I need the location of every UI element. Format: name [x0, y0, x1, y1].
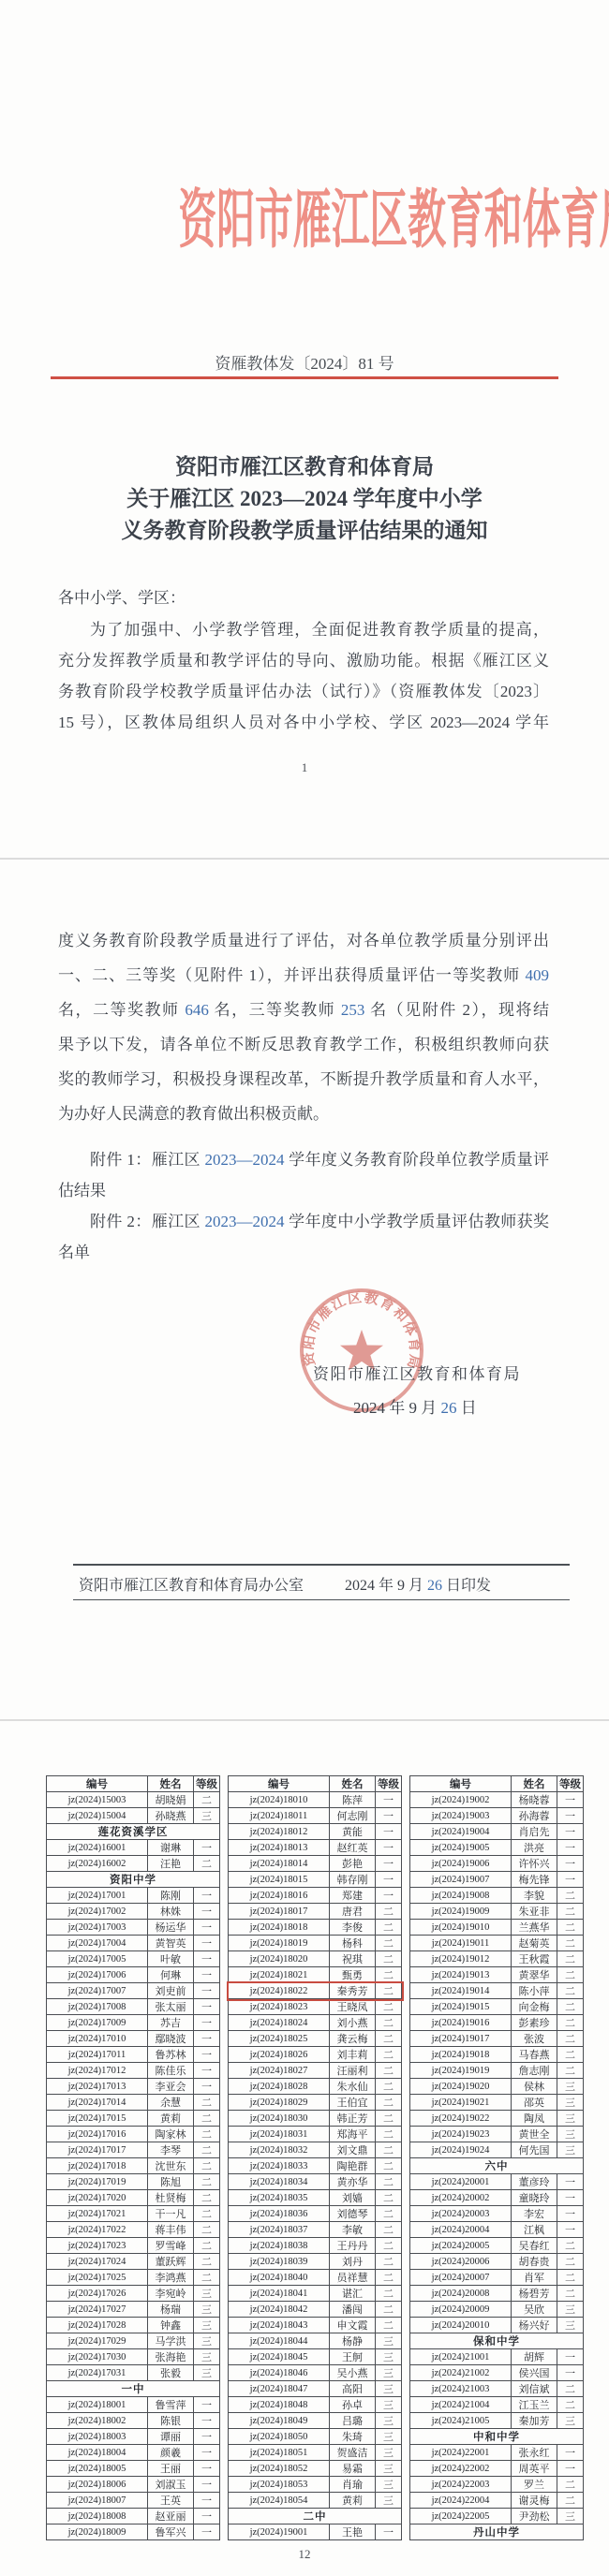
teacher-id-cell: jz(2024)18040 — [229, 2270, 330, 2286]
teacher-id-cell: jz(2024)15004 — [47, 1808, 148, 1824]
teacher-name-cell: 彭艳 — [330, 1856, 376, 1872]
teacher-id-cell: jz(2024)17010 — [47, 2031, 148, 2047]
teacher-row: jz(2024)16002汪艳二 — [47, 1856, 220, 1872]
teacher-id-cell: jz(2024)19003 — [410, 1808, 512, 1824]
text-segment: 名，三等奖教师 — [209, 1001, 341, 1019]
teacher-name-cell: 黄翠华 — [512, 1967, 557, 1983]
teacher-id-cell: jz(2024)18053 — [229, 2477, 330, 2493]
teacher-row: jz(2024)18003谭丽一 — [47, 2429, 220, 2445]
text-segment: 26 — [427, 1578, 442, 1594]
text-segment: 409 — [526, 966, 550, 984]
teacher-grade-cell: 一 — [194, 1904, 220, 1920]
teacher-row: jz(2024)18050朱琦三 — [229, 2429, 402, 2445]
teacher-row: jz(2024)18010陈萍一 — [229, 1792, 402, 1808]
award-table-group: 编号姓名等级jz(2024)19002杨晓蓉一jz(2024)19003孙海蓉一… — [409, 1775, 584, 2540]
teacher-name-cell: 陈银 — [148, 2413, 194, 2429]
document-line: 为了加强中、小学教学管理，全面促进教育教学质量的提高， — [58, 614, 549, 645]
award-table: 编号姓名等级jz(2024)15003胡晓娟二jz(2024)15004孙晓燕三… — [46, 1775, 584, 2540]
teacher-name-cell: 何先国 — [512, 2142, 557, 2158]
page1-number: 1 — [0, 760, 609, 775]
teacher-name-cell: 马学洪 — [148, 2333, 194, 2349]
teacher-row: jz(2024)19004肖启先一 — [410, 1824, 584, 1840]
teacher-row: jz(2024)18012黄能一 — [229, 1824, 402, 1840]
issue-date: 2024 年 9 月 26 日 — [353, 1394, 477, 1418]
teacher-row: jz(2024)17015黄莉二 — [47, 2111, 220, 2127]
teacher-id-cell: jz(2024)17011 — [47, 2047, 148, 2063]
teacher-name-cell: 郑海平 — [330, 2127, 376, 2142]
teacher-name-cell: 林姝 — [148, 1904, 194, 1920]
teacher-row: jz(2024)20009吴欣三 — [410, 2302, 584, 2318]
teacher-name-cell: 鲁雪萍 — [148, 2397, 194, 2413]
teacher-id-cell: jz(2024)17026 — [47, 2286, 148, 2302]
page2-paragraph: 度义务教育阶段教学质量进行了评估，对各单位教学质量分别评出一、二、三等奖（见附件… — [58, 923, 549, 1131]
teacher-row: jz(2024)19015向金梅二 — [410, 1999, 584, 2015]
teacher-name-cell: 陶凤 — [512, 2111, 557, 2127]
teacher-grade-cell: 一 — [194, 1967, 220, 1983]
teacher-grade-cell: 一 — [194, 2397, 220, 2413]
teacher-name-cell: 向金梅 — [512, 1999, 557, 2015]
teacher-grade-cell: 三 — [194, 1808, 220, 1824]
school-section-row: 丹山中学 — [410, 2524, 584, 2540]
teacher-id-cell: jz(2024)22005 — [410, 2509, 512, 2524]
text-segment: 日印发 — [442, 1578, 491, 1594]
school-name: 中和中学 — [410, 2429, 584, 2445]
teacher-id-cell: jz(2024)18014 — [229, 1856, 330, 1872]
teacher-grade-cell: 一 — [376, 1888, 402, 1904]
column-header: 等级 — [194, 1776, 220, 1792]
page1-paragraph: 为了加强中、小学教学管理，全面促进教育教学质量的提高，充分发挥教学质量和教学评估… — [58, 614, 549, 738]
teacher-grade-cell: 二 — [194, 2190, 220, 2206]
document-line: 果予以下发，请各单位不断反思教育教学工作，积极组织教师向获 — [58, 1027, 549, 1062]
teacher-name-cell: 杨瑞 — [148, 2302, 194, 2318]
teacher-name-cell: 朱琦 — [330, 2429, 376, 2445]
text-segment: 日 — [457, 1399, 477, 1417]
teacher-row: jz(2024)17030张海艳三 — [47, 2349, 220, 2365]
teacher-id-cell: jz(2024)19020 — [410, 2079, 512, 2095]
teacher-grade-cell: 二 — [376, 2142, 402, 2158]
teacher-name-cell: 黄莉 — [330, 2493, 376, 2509]
teacher-row: jz(2024)17007刘吏前一 — [47, 1983, 220, 1999]
teacher-row: jz(2024)19002杨晓蓉一 — [410, 1792, 584, 1808]
teacher-name-cell: 侯林 — [512, 2079, 557, 2095]
teacher-id-cell: jz(2024)17016 — [47, 2127, 148, 2142]
teacher-id-cell: jz(2024)20007 — [410, 2270, 512, 2286]
teacher-name-cell: 江枫 — [512, 2222, 557, 2238]
teacher-grade-cell: 一 — [376, 2524, 402, 2540]
teacher-grade-cell: 一 — [557, 1840, 584, 1856]
teacher-row: jz(2024)19020侯林三 — [410, 2079, 584, 2095]
teacher-row: jz(2024)17003杨运华一 — [47, 1920, 220, 1936]
teacher-name-cell: 李亚会 — [148, 2079, 194, 2095]
teacher-id-cell: jz(2024)19002 — [410, 1792, 512, 1808]
teacher-name-cell: 杜贤梅 — [148, 2190, 194, 2206]
teacher-id-cell: jz(2024)19004 — [410, 1824, 512, 1840]
school-name: 二中 — [229, 2509, 402, 2524]
teacher-name-cell: 孙卓 — [330, 2397, 376, 2413]
text-segment: 名（见附件 2），现将结 — [364, 1001, 549, 1019]
teacher-row: jz(2024)19003孙海蓉一 — [410, 1808, 584, 1824]
teacher-name-cell: 杨科 — [330, 1936, 376, 1951]
teacher-id-cell: jz(2024)19011 — [410, 1936, 512, 1951]
teacher-grade-cell: 二 — [557, 1999, 584, 2015]
teacher-id-cell: jz(2024)18044 — [229, 2333, 330, 2349]
teacher-grade-cell: 一 — [194, 2079, 220, 2095]
teacher-name-cell: 陈佳乐 — [148, 2063, 194, 2079]
teacher-name-cell: 高阳 — [330, 2381, 376, 2397]
teacher-grade-cell: 一 — [557, 1856, 584, 1872]
teacher-name-cell: 詹志刚 — [512, 2063, 557, 2079]
teacher-id-cell: jz(2024)17028 — [47, 2318, 148, 2333]
teacher-grade-cell: 二 — [376, 2015, 402, 2031]
teacher-id-cell: jz(2024)18050 — [229, 2429, 330, 2445]
teacher-row: jz(2024)17025李鸿燕二 — [47, 2270, 220, 2286]
teacher-row: jz(2024)18015韩存刚一 — [229, 1872, 402, 1888]
teacher-id-cell: jz(2024)20001 — [410, 2174, 512, 2190]
teacher-id-cell: jz(2024)18002 — [47, 2413, 148, 2429]
teacher-name-cell: 陈萍 — [330, 1792, 376, 1808]
teacher-id-cell: jz(2024)18020 — [229, 1951, 330, 1967]
teacher-id-cell: jz(2024)20009 — [410, 2302, 512, 2318]
column-header: 编号 — [47, 1776, 148, 1792]
teacher-name-cell: 刘小燕 — [330, 2015, 376, 2031]
teacher-name-cell: 鲁苏林 — [148, 2047, 194, 2063]
teacher-grade-cell: 二 — [557, 2031, 584, 2047]
teacher-grade-cell: 三 — [376, 2381, 402, 2397]
teacher-grade-cell: 三 — [557, 2302, 584, 2318]
teacher-row: jz(2024)18009鲁军兴一 — [47, 2524, 220, 2540]
teacher-name-cell: 刘德琴 — [330, 2206, 376, 2222]
teacher-row: jz(2024)18031郑海平二 — [229, 2127, 402, 2142]
teacher-grade-cell: 一 — [557, 1792, 584, 1808]
teacher-grade-cell: 三 — [376, 2493, 402, 2509]
teacher-name-cell: 董跃辉 — [148, 2254, 194, 2270]
teacher-name-cell: 李敏 — [330, 2222, 376, 2238]
teacher-id-cell: jz(2024)19010 — [410, 1920, 512, 1936]
teacher-row: jz(2024)17022蒋丰伟二 — [47, 2222, 220, 2238]
teacher-row: jz(2024)20001董彦玲一 — [410, 2174, 584, 2190]
teacher-id-cell: jz(2024)18038 — [229, 2238, 330, 2254]
teacher-row: jz(2024)18053肖瑜三 — [229, 2477, 402, 2493]
teacher-id-cell: jz(2024)17006 — [47, 1967, 148, 1983]
teacher-id-cell: jz(2024)20004 — [410, 2222, 512, 2238]
teacher-id-cell: jz(2024)17024 — [47, 2254, 148, 2270]
teacher-id-cell: jz(2024)20002 — [410, 2190, 512, 2206]
teacher-grade-cell: 二 — [376, 2318, 402, 2333]
teacher-grade-cell: 三 — [194, 2286, 220, 2302]
teacher-row: jz(2024)18005王丽一 — [47, 2461, 220, 2477]
teacher-grade-cell: 二 — [376, 2047, 402, 2063]
document-line: 为办好人民满意的教育做出积极贡献。 — [58, 1097, 549, 1131]
teacher-id-cell: jz(2024)22004 — [410, 2493, 512, 2509]
teacher-row: jz(2024)15003胡晓娟二 — [47, 1792, 220, 1808]
teacher-id-cell: jz(2024)19023 — [410, 2127, 512, 2142]
teacher-row: jz(2024)22003罗兰二 — [410, 2477, 584, 2493]
teacher-name-cell: 邵英 — [512, 2095, 557, 2111]
teacher-row: jz(2024)20005吴春红二 — [410, 2238, 584, 2254]
teacher-grade-cell: 二 — [557, 2270, 584, 2286]
document-title: 资阳市雁江区教育和体育局关于雁江区 2023—2024 学年度中小学义务教育阶段… — [0, 451, 609, 547]
teacher-row: jz(2024)17020杜贤梅二 — [47, 2190, 220, 2206]
teacher-id-cell: jz(2024)21002 — [410, 2365, 512, 2381]
teacher-grade-cell: 一 — [194, 2413, 220, 2429]
teacher-id-cell: jz(2024)17025 — [47, 2270, 148, 2286]
teacher-name-cell: 黄智英 — [148, 1936, 194, 1951]
teacher-id-cell: jz(2024)17007 — [47, 1983, 148, 1999]
teacher-grade-cell: 一 — [557, 2222, 584, 2238]
teacher-row: jz(2024)19005洪亮一 — [410, 1840, 584, 1856]
teacher-id-cell: jz(2024)18048 — [229, 2397, 330, 2413]
teacher-id-cell: jz(2024)17014 — [47, 2095, 148, 2111]
red-letterhead-banner: 资阳市雁江区教育和体育局文件 — [0, 185, 609, 256]
teacher-row: jz(2024)17024董跃辉二 — [47, 2254, 220, 2270]
teacher-row: jz(2024)18001鲁雪萍一 — [47, 2397, 220, 2413]
teacher-name-cell: 杨晓蓉 — [512, 1792, 557, 1808]
text-segment: 学年度义务教育阶段单位教学质量评 — [285, 1151, 550, 1169]
teacher-grade-cell: 三 — [557, 2413, 584, 2429]
school-name: 莲花资溪学区 — [47, 1824, 220, 1840]
teacher-row: jz(2024)18051贺盛洁三 — [229, 2445, 402, 2461]
teacher-row: jz(2024)18040员祥慧二 — [229, 2270, 402, 2286]
teacher-id-cell: jz(2024)19018 — [410, 2047, 512, 2063]
teacher-grade-cell: 二 — [194, 2238, 220, 2254]
teacher-grade-cell: 二 — [557, 1967, 584, 1983]
teacher-name-cell: 祝琪 — [330, 1951, 376, 1967]
teacher-row: jz(2024)18036刘德琴二 — [229, 2206, 402, 2222]
teacher-grade-cell: 一 — [557, 2461, 584, 2477]
teacher-grade-cell: 二 — [557, 2047, 584, 2063]
teacher-id-cell: jz(2024)17002 — [47, 1904, 148, 1920]
teacher-name-cell: 王丽 — [148, 2461, 194, 2477]
teacher-row: jz(2024)20008杨碧芳二 — [410, 2286, 584, 2302]
teacher-row: jz(2024)20010杨兴好三 — [410, 2318, 584, 2333]
text-segment: 名，二等奖教师 — [58, 1001, 185, 1019]
teacher-row: jz(2024)18033陶艳群二 — [229, 2158, 402, 2174]
teacher-id-cell: jz(2024)18035 — [229, 2190, 330, 2206]
teacher-row: jz(2024)19021邵英三 — [410, 2095, 584, 2111]
teacher-row: jz(2024)16001谢琳一 — [47, 1840, 220, 1856]
teacher-grade-cell: 二 — [376, 2286, 402, 2302]
teacher-id-cell: jz(2024)16001 — [47, 1840, 148, 1856]
teacher-id-cell: jz(2024)17012 — [47, 2063, 148, 2079]
teacher-name-cell: 王丹丹 — [330, 2238, 376, 2254]
teacher-id-cell: jz(2024)17031 — [47, 2365, 148, 2381]
teacher-name-cell: 蒋丰伟 — [148, 2222, 194, 2238]
teacher-row: jz(2024)17001陈刚一 — [47, 1888, 220, 1904]
page3-number: 12 — [0, 2547, 609, 2562]
document-line: 充分发挥教学质量和教学评估的导向、激励功能。根据《雁江区义 — [58, 645, 549, 676]
letterhead-title: 资阳市雁江区教育和体育局文件 — [178, 185, 609, 256]
teacher-id-cell: jz(2024)15003 — [47, 1792, 148, 1808]
column-header: 编号 — [410, 1776, 512, 1792]
teacher-name-cell: 李俊 — [330, 1920, 376, 1936]
teacher-id-cell: jz(2024)17005 — [47, 1951, 148, 1967]
teacher-grade-cell: 二 — [376, 2111, 402, 2127]
teacher-grade-cell: 三 — [194, 2333, 220, 2349]
teacher-name-cell: 王英 — [148, 2493, 194, 2509]
school-name: 丹山中学 — [410, 2524, 584, 2540]
salutation: 各中小学、学区： — [58, 584, 186, 608]
teacher-name-cell: 吴春红 — [512, 2238, 557, 2254]
teacher-row: jz(2024)21002侯兴国一 — [410, 2365, 584, 2381]
school-section-row: 中和中学 — [410, 2429, 584, 2445]
teacher-name-cell: 罗雪峰 — [148, 2238, 194, 2254]
teacher-grade-cell: 三 — [376, 2397, 402, 2413]
teacher-name-cell: 谢灵梅 — [512, 2493, 557, 2509]
teacher-id-cell: jz(2024)19021 — [410, 2095, 512, 2111]
teacher-grade-cell: 二 — [194, 2270, 220, 2286]
teacher-id-cell: jz(2024)18025 — [229, 2031, 330, 2047]
teacher-grade-cell: 二 — [376, 2079, 402, 2095]
teacher-row: jz(2024)18047高阳三 — [229, 2381, 402, 2397]
teacher-name-cell: 余慧 — [148, 2095, 194, 2111]
teacher-row: jz(2024)17021干一凡二 — [47, 2206, 220, 2222]
teacher-row: jz(2024)18025龚云梅二 — [229, 2031, 402, 2047]
teacher-name-cell: 韩正芳 — [330, 2111, 376, 2127]
teacher-row: jz(2024)18046吴小燕三 — [229, 2365, 402, 2381]
teacher-name-cell: 朱水仙 — [330, 2079, 376, 2095]
teacher-grade-cell: 二 — [557, 2477, 584, 2493]
teacher-name-cell: 黄莉 — [148, 2111, 194, 2127]
teacher-name-cell: 唐君 — [330, 1904, 376, 1920]
teacher-name-cell: 张波 — [512, 2031, 557, 2047]
teacher-id-cell: jz(2024)17004 — [47, 1936, 148, 1951]
teacher-id-cell: jz(2024)18029 — [229, 2095, 330, 2111]
teacher-id-cell: jz(2024)19006 — [410, 1856, 512, 1872]
teacher-grade-cell: 二 — [557, 2063, 584, 2079]
teacher-grade-cell: 一 — [194, 2047, 220, 2063]
column-header: 等级 — [376, 1776, 402, 1792]
teacher-grade-cell: 一 — [194, 2461, 220, 2477]
teacher-grade-cell: 一 — [194, 2445, 220, 2461]
teacher-row: jz(2024)19024何先国三 — [410, 2142, 584, 2158]
teacher-row: jz(2024)21001胡辉一 — [410, 2349, 584, 2365]
teacher-grade-cell: 二 — [194, 1792, 220, 1808]
teacher-grade-cell: 三 — [376, 2477, 402, 2493]
teacher-row: jz(2024)20006胡春贵二 — [410, 2254, 584, 2270]
teacher-name-cell: 申文霞 — [330, 2318, 376, 2333]
teacher-id-cell: jz(2024)18039 — [229, 2254, 330, 2270]
teacher-name-cell: 张海艳 — [148, 2349, 194, 2365]
teacher-name-cell: 沈世东 — [148, 2158, 194, 2174]
teacher-name-cell: 员祥慧 — [330, 2270, 376, 2286]
teacher-grade-cell: 三 — [194, 2302, 220, 2318]
teacher-id-cell: jz(2024)18018 — [229, 1920, 330, 1936]
teacher-id-cell: jz(2024)20003 — [410, 2206, 512, 2222]
text-segment: 学年度中小学教学质量评估教师获奖 — [285, 1213, 550, 1230]
teacher-grade-cell: 二 — [376, 1904, 402, 1920]
teacher-id-cell: jz(2024)17013 — [47, 2079, 148, 2095]
school-name: 资阳中学 — [47, 1872, 220, 1888]
teacher-row: jz(2024)18041谌汇二 — [229, 2286, 402, 2302]
teacher-name-cell: 杨碧芳 — [512, 2286, 557, 2302]
teacher-row: jz(2024)18004颜羲一 — [47, 2445, 220, 2461]
teacher-id-cell: jz(2024)20008 — [410, 2286, 512, 2302]
text-segment: 253 — [341, 1001, 365, 1019]
teacher-id-cell: jz(2024)18010 — [229, 1792, 330, 1808]
teacher-row: jz(2024)17023罗雪峰二 — [47, 2238, 220, 2254]
teacher-grade-cell: 一 — [194, 2031, 220, 2047]
teacher-row: jz(2024)19018马春燕二 — [410, 2047, 584, 2063]
teacher-id-cell: jz(2024)21003 — [410, 2381, 512, 2397]
teacher-row: jz(2024)18044杨静三 — [229, 2333, 402, 2349]
table-header-row: 编号姓名等级 — [410, 1776, 584, 1792]
teacher-row: jz(2024)18008赵亚丽一 — [47, 2509, 220, 2524]
teacher-row: jz(2024)18006刘淑玉一 — [47, 2477, 220, 2493]
teacher-grade-cell: 一 — [194, 1920, 220, 1936]
teacher-id-cell: jz(2024)19008 — [410, 1888, 512, 1904]
teacher-row: jz(2024)19001王艳一 — [229, 2524, 402, 2540]
teacher-name-cell: 洪亮 — [512, 1840, 557, 1856]
table-header-row: 编号姓名等级 — [229, 1776, 402, 1792]
teacher-grade-cell: 二 — [557, 1904, 584, 1920]
teacher-id-cell: jz(2024)17021 — [47, 2206, 148, 2222]
teacher-id-cell: jz(2024)17018 — [47, 2158, 148, 2174]
document-line: 务教育阶段学校教学质量评估办法（试行）》（资雁教体发〔2023〕 — [58, 676, 549, 707]
teacher-grade-cell: 三 — [194, 2365, 220, 2381]
teacher-grade-cell: 一 — [376, 1840, 402, 1856]
text-segment: 26 — [441, 1399, 457, 1417]
teacher-name-cell: 黄亦华 — [330, 2174, 376, 2190]
teacher-id-cell: jz(2024)18028 — [229, 2079, 330, 2095]
document-line: 附件 1：雁江区 2023—2024 学年度义务教育阶段单位教学质量评 — [58, 1144, 549, 1175]
teacher-grade-cell: 一 — [194, 2063, 220, 2079]
teacher-row: jz(2024)18002陈银一 — [47, 2413, 220, 2429]
teacher-row: jz(2024)17031张毅三 — [47, 2365, 220, 2381]
teacher-id-cell: jz(2024)20006 — [410, 2254, 512, 2270]
teacher-row: jz(2024)17026李宛岭三 — [47, 2286, 220, 2302]
teacher-row: jz(2024)18028朱水仙二 — [229, 2079, 402, 2095]
teacher-grade-cell: 三 — [557, 2111, 584, 2127]
teacher-row: jz(2024)18020祝琪二 — [229, 1951, 402, 1967]
teacher-grade-cell: 一 — [194, 1999, 220, 2015]
teacher-id-cell: jz(2024)17019 — [47, 2174, 148, 2190]
teacher-grade-cell: 二 — [194, 2254, 220, 2270]
teacher-row: jz(2024)18042潘闯二 — [229, 2302, 402, 2318]
teacher-id-cell: jz(2024)18037 — [229, 2222, 330, 2238]
teacher-name-cell: 李宏 — [512, 2206, 557, 2222]
teacher-name-cell: 江玉兰 — [512, 2397, 557, 2413]
teacher-name-cell: 刘文鼎 — [330, 2142, 376, 2158]
teacher-id-cell: jz(2024)21004 — [410, 2397, 512, 2413]
teacher-row: jz(2024)17016陶家林二 — [47, 2127, 220, 2142]
document-line: 奖的教师学习，积极投身课程改革，不断提升教学质量和育人水平， — [58, 1062, 549, 1097]
teacher-name-cell: 吕璐 — [330, 2413, 376, 2429]
teacher-id-cell: jz(2024)18012 — [229, 1824, 330, 1840]
award-table-group: 编号姓名等级jz(2024)15003胡晓娟二jz(2024)15004孙晓燕三… — [46, 1775, 220, 2540]
teacher-row: jz(2024)21005秦加芳三 — [410, 2413, 584, 2429]
teacher-row: jz(2024)19017张波二 — [410, 2031, 584, 2047]
teacher-row: jz(2024)19006许怀兴一 — [410, 1856, 584, 1872]
teacher-name-cell: 李貌 — [512, 1888, 557, 1904]
teacher-row: jz(2024)18024刘小燕二 — [229, 2015, 402, 2031]
teacher-name-cell: 汪艳 — [148, 1856, 194, 1872]
teacher-name-cell: 王艳 — [330, 2524, 376, 2540]
teacher-row: jz(2024)19010兰燕华二 — [410, 1920, 584, 1936]
teacher-grade-cell: 二 — [557, 2286, 584, 2302]
teacher-id-cell: jz(2024)19017 — [410, 2031, 512, 2047]
teacher-row: jz(2024)19008李貌二 — [410, 1888, 584, 1904]
teacher-grade-cell: 一 — [376, 1856, 402, 1872]
teacher-id-cell: jz(2024)18013 — [229, 1840, 330, 1856]
teacher-grade-cell: 三 — [376, 2413, 402, 2429]
teacher-grade-cell: 一 — [194, 2015, 220, 2031]
teacher-grade-cell: 二 — [376, 2222, 402, 2238]
teacher-row: jz(2024)18021甄勇二 — [229, 1967, 402, 1983]
teacher-grade-cell: 二 — [194, 2174, 220, 2190]
teacher-row: jz(2024)19013黄翠华二 — [410, 1967, 584, 1983]
teacher-name-cell: 何志刚 — [330, 1808, 376, 1824]
teacher-name-cell: 易霜 — [330, 2461, 376, 2477]
